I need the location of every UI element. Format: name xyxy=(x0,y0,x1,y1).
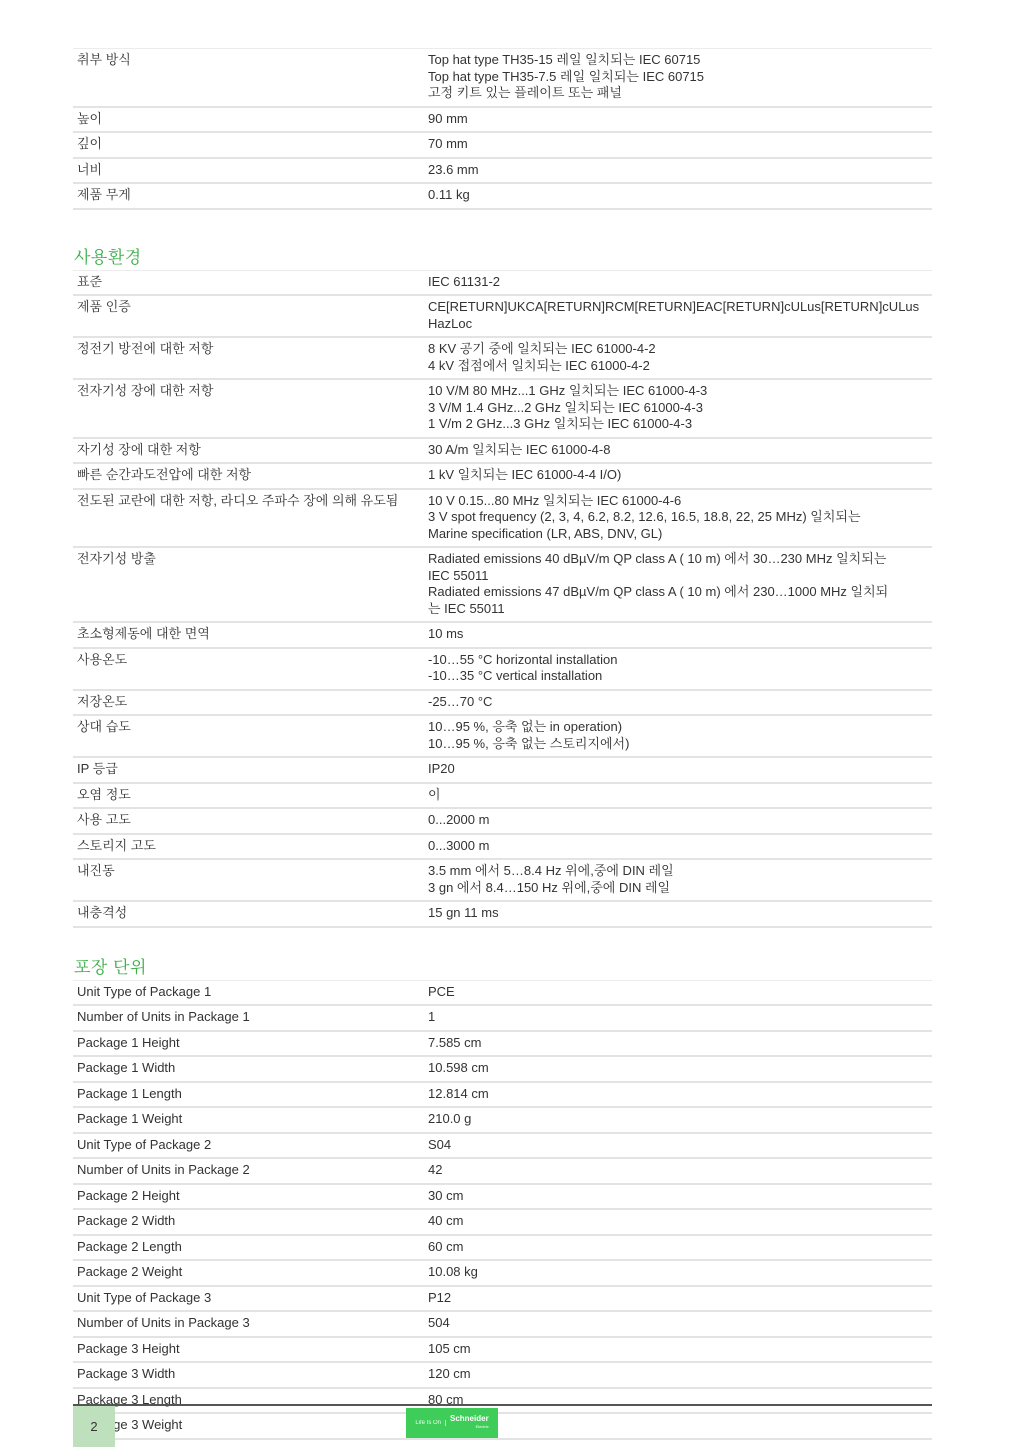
spec-label: 높이 xyxy=(73,107,424,133)
spec-value: 1 kV 일치되는 IEC 61000-4-4 I/O) xyxy=(424,463,932,489)
spec-label: 정전기 방전에 대한 저항 xyxy=(73,337,424,379)
section-title-packaging: 포장 단위 xyxy=(73,958,932,980)
schneider-logo: Life Is On Schneider Electric xyxy=(406,1408,498,1438)
spec-label: 전자기성 방출 xyxy=(73,547,424,622)
table-row: IP 등급IP20 xyxy=(73,757,932,783)
packaging-table: Unit Type of Package 1PCENumber of Units… xyxy=(73,980,932,1440)
spec-value: 12.814 cm xyxy=(424,1082,932,1108)
table-row: 전도된 교란에 대한 저항, 라디오 주파수 장에 의해 유도됨10 V 0.1… xyxy=(73,489,932,548)
logo-tagline: Life Is On xyxy=(415,1420,446,1426)
table-row: 내충격성15 gn 11 ms xyxy=(73,901,932,927)
table-row: 표준IEC 61131-2 xyxy=(73,270,932,295)
table-row: Unit Type of Package 3P12 xyxy=(73,1286,932,1312)
spec-value-line: 8 KV 공기 중에 일치되는 IEC 61000-4-2 xyxy=(428,341,928,358)
spec-value-line: 7.585 cm xyxy=(428,1035,928,1052)
table-row: 취부 방식Top hat type TH35-15 레일 일치되는 IEC 60… xyxy=(73,49,932,107)
spec-label: 제품 무게 xyxy=(73,183,424,209)
spec-value-line: 0...2000 m xyxy=(428,812,928,829)
spec-value: IEC 61131-2 xyxy=(424,270,932,295)
spec-value-line: 10…95 %, 응축 없는 in operation) xyxy=(428,719,928,736)
spec-label: Package 1 Length xyxy=(73,1082,424,1108)
spec-value: 42 xyxy=(424,1158,932,1184)
table-row: Package 2 Length60 cm xyxy=(73,1235,932,1261)
spec-label: Package 3 Weight xyxy=(73,1413,424,1439)
spec-value: 504 xyxy=(424,1311,932,1337)
table-row: Number of Units in Package 3504 xyxy=(73,1311,932,1337)
spec-value-line: 고정 키트 있는 플레이트 또는 패널 xyxy=(428,85,928,102)
spec-label: 취부 방식 xyxy=(73,49,424,107)
spec-value-line: 0.11 kg xyxy=(428,187,928,204)
table-row: Unit Type of Package 2S04 xyxy=(73,1133,932,1159)
spec-value-line: Radiated emissions 47 dBµV/m QP class A … xyxy=(428,584,928,601)
table-row: Package 1 Height7.585 cm xyxy=(73,1031,932,1057)
spec-value-line: 이 xyxy=(428,787,928,804)
spec-value-line: 40 cm xyxy=(428,1213,928,1230)
spec-value: PCE xyxy=(424,980,932,1005)
table-row: 정전기 방전에 대한 저항8 KV 공기 중에 일치되는 IEC 61000-4… xyxy=(73,337,932,379)
spec-label: Package 2 Length xyxy=(73,1235,424,1261)
spec-value-line: Marine specification (LR, ABS, DNV, GL) xyxy=(428,526,928,543)
spec-value: IP20 xyxy=(424,757,932,783)
spec-value: Top hat type TH35-15 레일 일치되는 IEC 60715To… xyxy=(424,49,932,107)
spec-label: Package 2 Weight xyxy=(73,1260,424,1286)
spec-value-line: 23.6 mm xyxy=(428,162,928,179)
table-row: Package 1 Width10.598 cm xyxy=(73,1056,932,1082)
spec-value-line: -10…35 °C vertical installation xyxy=(428,668,928,685)
table-row: Package 2 Weight10.08 kg xyxy=(73,1260,932,1286)
spec-value-line: 70 mm xyxy=(428,136,928,153)
spec-label: Number of Units in Package 3 xyxy=(73,1311,424,1337)
spec-value: 80 cm xyxy=(424,1388,932,1414)
spec-value-line: 504 xyxy=(428,1315,928,1332)
table-row: 빠른 순간과도전압에 대한 저항1 kV 일치되는 IEC 61000-4-4 … xyxy=(73,463,932,489)
spec-sheet-page: 취부 방식Top hat type TH35-15 레일 일치되는 IEC 60… xyxy=(73,48,932,1440)
table-row: 너비23.6 mm xyxy=(73,158,932,184)
table-row: 스토리지 고도0...3000 m xyxy=(73,834,932,860)
table-row: 초소형제동에 대한 면역10 ms xyxy=(73,622,932,648)
spec-value-line: 10.08 kg xyxy=(428,1264,928,1281)
spec-value-line: 132 kg xyxy=(428,1417,928,1434)
spec-value: 이 xyxy=(424,783,932,809)
table-row: Package 3 Length80 cm xyxy=(73,1388,932,1414)
table-row: 전자기성 장에 대한 저항10 V/M 80 MHz...1 GHz 일치되는 … xyxy=(73,379,932,438)
spec-value-line: PCE xyxy=(428,984,928,1001)
spec-value-line: 120 cm xyxy=(428,1366,928,1383)
spec-value-line: 30 cm xyxy=(428,1188,928,1205)
table-row: Package 3 Weight132 kg xyxy=(73,1413,932,1439)
table-row: Package 1 Weight210.0 g xyxy=(73,1107,932,1133)
spec-label: 저장온도 xyxy=(73,690,424,716)
section-title-environment: 사용환경 xyxy=(73,248,932,270)
spec-label: Package 1 Width xyxy=(73,1056,424,1082)
table-row: 상대 습도10…95 %, 응축 없는 in operation)10…95 %… xyxy=(73,715,932,757)
table-row: 높이90 mm xyxy=(73,107,932,133)
spec-label: 표준 xyxy=(73,270,424,295)
logo-brand-sub: Electric xyxy=(450,1423,489,1431)
spec-label: Package 3 Width xyxy=(73,1362,424,1388)
spec-label: 오염 정도 xyxy=(73,783,424,809)
spec-value: P12 xyxy=(424,1286,932,1312)
table-row: 제품 인증CE[RETURN]UKCA[RETURN]RCM[RETURN]EA… xyxy=(73,295,932,337)
spec-value-line: 15 gn 11 ms xyxy=(428,905,928,922)
spec-value-line: 60 cm xyxy=(428,1239,928,1256)
spec-value-line: IEC 61131-2 xyxy=(428,274,928,291)
spec-label: Package 3 Height xyxy=(73,1337,424,1363)
spec-value-line: 10 ms xyxy=(428,626,928,643)
spec-value-line: S04 xyxy=(428,1137,928,1154)
table-row: 사용온도-10…55 °C horizontal installation-10… xyxy=(73,648,932,690)
table-row: 오염 정도이 xyxy=(73,783,932,809)
spec-value: 10 V 0.15...80 MHz 일치되는 IEC 61000-4-63 V… xyxy=(424,489,932,548)
spec-value-line: -25…70 °C xyxy=(428,694,928,711)
spec-value: 60 cm xyxy=(424,1235,932,1261)
spec-label: 내진동 xyxy=(73,859,424,901)
spec-value: S04 xyxy=(424,1133,932,1159)
spec-value-line: 10…95 %, 응축 없는 스토리지에서) xyxy=(428,736,928,753)
spec-value-line: Top hat type TH35-15 레일 일치되는 IEC 60715 xyxy=(428,52,928,69)
spec-value: 105 cm xyxy=(424,1337,932,1363)
spec-value: CE[RETURN]UKCA[RETURN]RCM[RETURN]EAC[RET… xyxy=(424,295,932,337)
logo-brand-name: Schneider xyxy=(450,1414,489,1423)
spec-value-line: -10…55 °C horizontal installation xyxy=(428,652,928,669)
spec-value-line: 1 kV 일치되는 IEC 61000-4-4 I/O) xyxy=(428,467,928,484)
spec-value: 1 xyxy=(424,1005,932,1031)
spec-value: 0...3000 m xyxy=(424,834,932,860)
spec-label: 사용 고도 xyxy=(73,808,424,834)
spec-value: -10…55 °C horizontal installation-10…35 … xyxy=(424,648,932,690)
spec-value: -25…70 °C xyxy=(424,690,932,716)
spec-label: 스토리지 고도 xyxy=(73,834,424,860)
table-row: Number of Units in Package 11 xyxy=(73,1005,932,1031)
spec-value: 3.5 mm 에서 5…8.4 Hz 위에,중에 DIN 레일3 gn 에서 8… xyxy=(424,859,932,901)
spec-value-line: 10 V/M 80 MHz...1 GHz 일치되는 IEC 61000-4-3 xyxy=(428,383,928,400)
spec-label: 상대 습도 xyxy=(73,715,424,757)
spec-value: 8 KV 공기 중에 일치되는 IEC 61000-4-24 kV 접점에서 일… xyxy=(424,337,932,379)
table-row: Package 3 Height105 cm xyxy=(73,1337,932,1363)
spec-value: Radiated emissions 40 dBµV/m QP class A … xyxy=(424,547,932,622)
spec-value: 15 gn 11 ms xyxy=(424,901,932,927)
table-row: Package 2 Height30 cm xyxy=(73,1184,932,1210)
spec-label: Package 2 Height xyxy=(73,1184,424,1210)
spec-label: Number of Units in Package 2 xyxy=(73,1158,424,1184)
table-row: 자기성 장에 대한 저항30 A/m 일치되는 IEC 61000-4-8 xyxy=(73,438,932,464)
spec-value: 132 kg xyxy=(424,1413,932,1439)
spec-value-line: HazLoc xyxy=(428,316,928,333)
spec-value: 10…95 %, 응축 없는 in operation)10…95 %, 응축 … xyxy=(424,715,932,757)
spec-value-line: 90 mm xyxy=(428,111,928,128)
spec-value-line: 1 xyxy=(428,1009,928,1026)
spec-value-line: 10 V 0.15...80 MHz 일치되는 IEC 61000-4-6 xyxy=(428,493,928,510)
spec-value-line: CE[RETURN]UKCA[RETURN]RCM[RETURN]EAC[RET… xyxy=(428,299,928,316)
spec-value: 0...2000 m xyxy=(424,808,932,834)
spec-label: 너비 xyxy=(73,158,424,184)
spec-value-line: Radiated emissions 40 dBµV/m QP class A … xyxy=(428,551,928,568)
table-row: Number of Units in Package 242 xyxy=(73,1158,932,1184)
spec-value: 10.598 cm xyxy=(424,1056,932,1082)
spec-value: 70 mm xyxy=(424,132,932,158)
spec-value-line: 30 A/m 일치되는 IEC 61000-4-8 xyxy=(428,442,928,459)
spec-label: Package 2 Width xyxy=(73,1209,424,1235)
table-row: Package 2 Width40 cm xyxy=(73,1209,932,1235)
spec-label: 깊이 xyxy=(73,132,424,158)
spec-label: 사용온도 xyxy=(73,648,424,690)
spec-label: 제품 인증 xyxy=(73,295,424,337)
spec-value-line: 3 V spot frequency (2, 3, 4, 6.2, 8.2, 1… xyxy=(428,509,928,526)
spec-value: 10 V/M 80 MHz...1 GHz 일치되는 IEC 61000-4-3… xyxy=(424,379,932,438)
spec-value: 30 A/m 일치되는 IEC 61000-4-8 xyxy=(424,438,932,464)
spec-value: 210.0 g xyxy=(424,1107,932,1133)
spec-label: Unit Type of Package 3 xyxy=(73,1286,424,1312)
spec-label: 전자기성 장에 대한 저항 xyxy=(73,379,424,438)
table-row: 사용 고도0...2000 m xyxy=(73,808,932,834)
spec-value-line: 210.0 g xyxy=(428,1111,928,1128)
spec-label: 내충격성 xyxy=(73,901,424,927)
spec-label: 자기성 장에 대한 저항 xyxy=(73,438,424,464)
spec-value-line: 105 cm xyxy=(428,1341,928,1358)
page-number: 2 xyxy=(73,1406,115,1447)
spec-label: Unit Type of Package 2 xyxy=(73,1133,424,1159)
spec-value-line: 10.598 cm xyxy=(428,1060,928,1077)
spec-value: 10 ms xyxy=(424,622,932,648)
spec-value-line: 3.5 mm 에서 5…8.4 Hz 위에,중에 DIN 레일 xyxy=(428,863,928,880)
table-row: 깊이70 mm xyxy=(73,132,932,158)
spec-label: Package 1 Weight xyxy=(73,1107,424,1133)
spec-value: 120 cm xyxy=(424,1362,932,1388)
table-row: Package 1 Length12.814 cm xyxy=(73,1082,932,1108)
spec-value: 7.585 cm xyxy=(424,1031,932,1057)
spec-value-line: 0...3000 m xyxy=(428,838,928,855)
mounting-table: 취부 방식Top hat type TH35-15 레일 일치되는 IEC 60… xyxy=(73,48,932,210)
spec-label: Package 3 Length xyxy=(73,1388,424,1414)
table-row: 전자기성 방출Radiated emissions 40 dBµV/m QP c… xyxy=(73,547,932,622)
spec-value-line: Top hat type TH35-7.5 레일 일치되는 IEC 60715 xyxy=(428,69,928,86)
table-row: 내진동3.5 mm 에서 5…8.4 Hz 위에,중에 DIN 레일3 gn 에… xyxy=(73,859,932,901)
spec-value-line: 3 gn 에서 8.4…150 Hz 위에,중에 DIN 레일 xyxy=(428,880,928,897)
spec-value: 90 mm xyxy=(424,107,932,133)
spec-value: 0.11 kg xyxy=(424,183,932,209)
spec-value-line: 1 V/m 2 GHz...3 GHz 일치되는 IEC 61000-4-3 xyxy=(428,416,928,433)
spec-label: Unit Type of Package 1 xyxy=(73,980,424,1005)
spec-value: 30 cm xyxy=(424,1184,932,1210)
logo-brand: Schneider Electric xyxy=(446,1415,489,1431)
spec-value-line: 는 IEC 55011 xyxy=(428,601,928,618)
spec-value-line: 42 xyxy=(428,1162,928,1179)
spec-value: 10.08 kg xyxy=(424,1260,932,1286)
table-row: 저장온도-25…70 °C xyxy=(73,690,932,716)
table-row: 제품 무게0.11 kg xyxy=(73,183,932,209)
footer-divider xyxy=(73,1404,932,1406)
spec-label: 전도된 교란에 대한 저항, 라디오 주파수 장에 의해 유도됨 xyxy=(73,489,424,548)
spec-value-line: IEC 55011 xyxy=(428,568,928,585)
spec-value-line: 4 kV 접점에서 일치되는 IEC 61000-4-2 xyxy=(428,358,928,375)
spec-label: 빠른 순간과도전압에 대한 저항 xyxy=(73,463,424,489)
spec-label: 초소형제동에 대한 면역 xyxy=(73,622,424,648)
spec-label: Number of Units in Package 1 xyxy=(73,1005,424,1031)
spec-value-line: 12.814 cm xyxy=(428,1086,928,1103)
table-row: Package 3 Width120 cm xyxy=(73,1362,932,1388)
spec-value: 40 cm xyxy=(424,1209,932,1235)
spec-value-line: P12 xyxy=(428,1290,928,1307)
spec-label: IP 등급 xyxy=(73,757,424,783)
environment-table: 표준IEC 61131-2제품 인증CE[RETURN]UKCA[RETURN]… xyxy=(73,270,932,928)
spec-label: Package 1 Height xyxy=(73,1031,424,1057)
spec-value-line: IP20 xyxy=(428,761,928,778)
spec-value: 23.6 mm xyxy=(424,158,932,184)
spec-value-line: 3 V/M 1.4 GHz...2 GHz 일치되는 IEC 61000-4-3 xyxy=(428,400,928,417)
table-row: Unit Type of Package 1PCE xyxy=(73,980,932,1005)
